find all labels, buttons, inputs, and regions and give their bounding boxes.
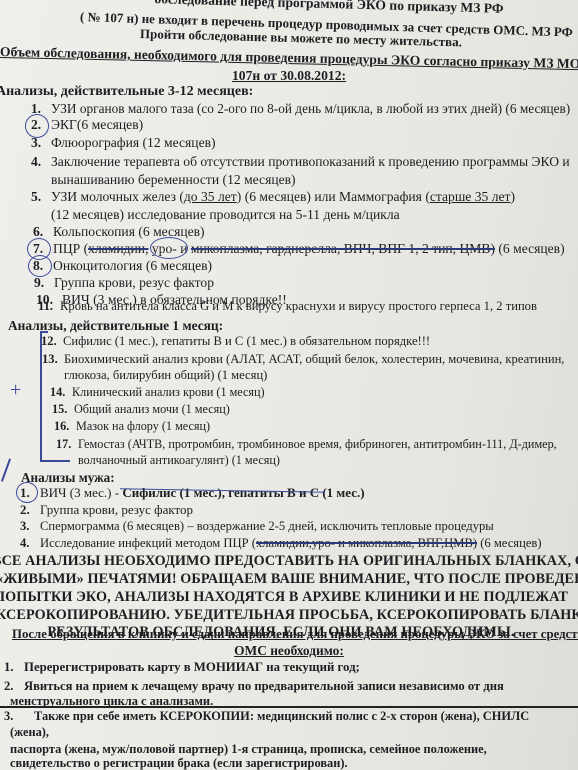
list-item: 9.Группа крови, резус фактор [34,275,214,291]
notice-line-3: ПОПЫТКИ ЭКО, АНАЛИЗЫ НАХОДЯТСЯ В АРХИВЕ … [0,589,570,605]
ink-bracket-top [40,331,48,333]
ink-circle-item-8 [28,255,52,277]
list-item-continuation: вынашиванию беременности (12 месяцев) [51,172,296,188]
list-item-continuation: волчаночный антикоагулянт) (1 месяц) [78,452,280,468]
ink-circle-item-2 [25,114,49,138]
after-item: 1.Перерегистрировать карту в МОНИИАГ на … [4,659,360,675]
list-item: 7.ПЦР (хламидии, уро- и микоплазма, гард… [33,241,565,257]
notice-line-2: «ЖИВЫМИ» ПЕЧАТЯМИ! ОБРАЩАЕМ ВАШЕ ВНИМАНИ… [0,571,574,587]
list-item: 3.Спермограмма (6 месяцев) – воздержание… [20,518,494,534]
after-item: 2.Явиться на прием к лечащему врачу по п… [4,678,504,694]
after-title-line-1: После обращения в клинику и сдачи направ… [12,626,578,642]
after-title-line-2: ОМС необходимо: [0,643,578,659]
ink-plus-mark: + [10,382,21,398]
ink-tick [1,458,11,481]
list-item: 11.Кровь на антитела класса G и M к виру… [38,298,537,314]
ink-bracket-bottom [40,460,70,462]
list-item-continuation: глюкоза, билирубин общий) (1 месяц) [64,367,267,383]
list-item: 17.Гемостаз (АЧТВ, протромбин, тромбинов… [56,436,557,452]
list-item: 5.УЗИ молочных желез (до 35 лет) (6 меся… [31,189,515,205]
after-item-continuation: свидетельство о регистрации брака (если … [10,755,348,770]
after-item: 3.Также при себе иметь КСЕРОКОПИИ: медиц… [4,708,529,724]
ink-bracket [40,331,42,461]
ink-circle-husband-item-1 [16,482,38,503]
list-item: 4.Исследование инфекций методом ПЦР (хла… [20,535,542,551]
list-item: 12.Сифилис (1 мес.), гепатиты В и С (1 м… [41,333,430,349]
list-item: 1.ВИЧ (3 мес.) - Сифилис (1 мес.), гепат… [20,485,365,501]
list-item: 13.Биохимический анализ крови (АЛАТ, АСА… [42,351,564,367]
section-heading-husband: Анализы мужа: [21,470,115,486]
list-item: 8.Онкоцитология (6 месяцев) [33,258,212,274]
notice-line-4: КСЕРОКОПИРОВАНИЮ. УБЕДИТЕЛЬНАЯ ПРОСЬБА, … [0,607,574,623]
list-item: 4.Заключение терапевта об отсутствии про… [31,154,570,170]
list-item-continuation: (12 месяцев) исследование проводится на … [51,207,400,223]
list-item: 2.Группа крови, резус фактор [20,502,193,518]
after-item-continuation: (жена), [10,724,49,740]
list-item: 1.УЗИ органов малого таза (со 2-ого по 8… [31,101,570,117]
list-item: 15.Общий анализ мочи (1 месяц) [52,401,230,417]
list-item: 14.Клинический анализ крови (1 месяц) [50,384,265,400]
scope-title-line-2: 107н от 30.08.2012: [232,68,346,84]
ink-circle-uro [150,237,188,259]
list-item: 3.Флюорография (12 месяцев) [31,135,216,151]
section-heading-3-12-months: Анализы, действительные 3-12 месяцев: [0,84,253,100]
list-item: 16.Мазок на флору (1 месяц) [54,418,210,434]
notice-line-1: ВСЕ АНАЛИЗЫ НЕОБХОДИМО ПРЕДОСТАВИТЬ НА О… [0,553,570,569]
document-page: обследование перед программой ЭКО по при… [0,0,578,770]
